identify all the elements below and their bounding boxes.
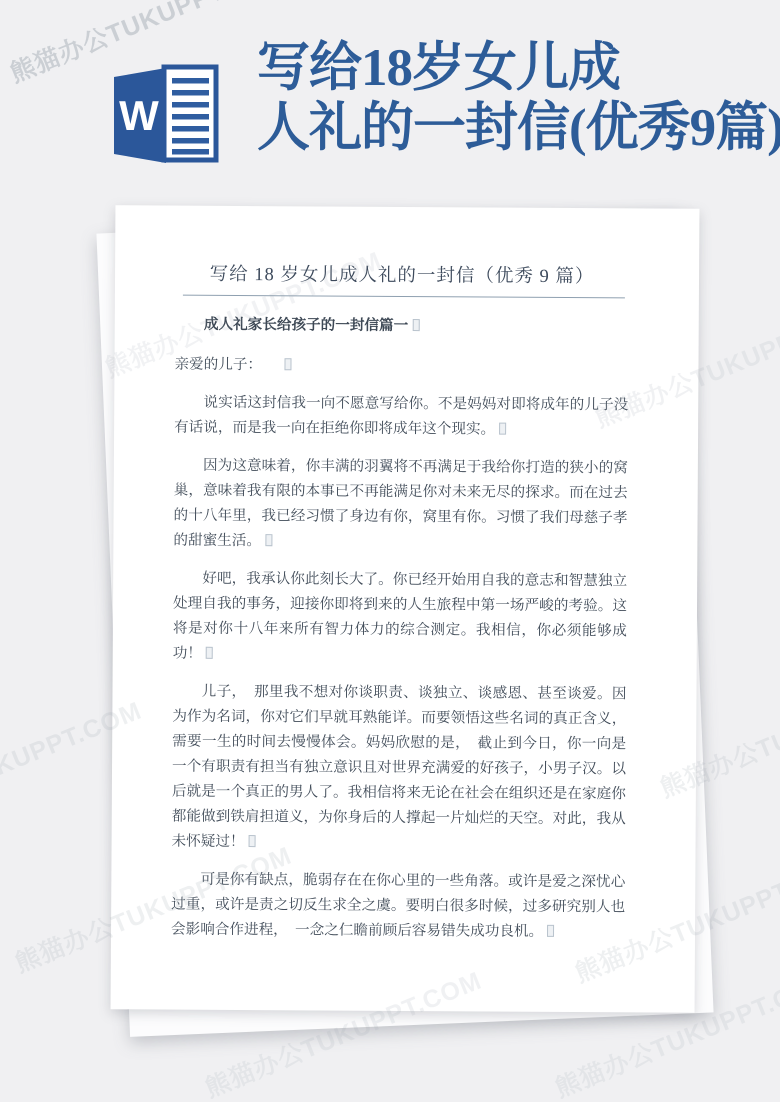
paragraph-body: 因为这意味着，你丰满的羽翼将不再满足于我给你打造的狭小的窝巢，意味着我有限的本事…: [173, 454, 628, 557]
paragraph-subheading: 成人礼家长给孩子的一封信篇一: [175, 313, 629, 341]
paragraph-salutation: 亲爱的儿子：: [174, 353, 628, 381]
paragraph-mark-icon: [499, 423, 506, 435]
word-icon-graphic: W: [104, 56, 226, 172]
document-title: 写给 18 岁女儿成人礼的一封信（优秀 9 篇）: [175, 260, 629, 289]
paragraph-text: 亲爱的儿子：: [174, 357, 262, 374]
paragraph-body: 说实话这封信我一向不愿意写给你。不是妈妈对即将成年的儿子没有话说，而是我一向在拒…: [174, 391, 628, 444]
page-title-line1: 写给18岁女儿成: [257, 38, 780, 98]
word-document-icon: W: [104, 56, 226, 172]
title-underline: [183, 295, 625, 299]
paragraph-body: 可是你有缺点，脆弱存在在你心里的一些角落。或许是爱之深忧心过重，或许是责之切反生…: [171, 868, 625, 946]
page-header: W 写给18岁女儿成 人礼的一封信(优秀9篇): [0, 0, 780, 200]
paragraph-text: 可是你有缺点，脆弱存在在你心里的一些角落。或许是爱之深忧心过重，或许是责之切反生…: [171, 872, 625, 940]
paragraph-text: 说实话这封信我一向不愿意写给你。不是妈妈对即将成年的儿子没有话说，而是我一向在拒…: [174, 395, 628, 438]
svg-text:W: W: [119, 92, 159, 139]
paragraph-text: 成人礼家长给孩子的一封信篇一: [204, 317, 408, 334]
paragraph-body: 儿子， 那里我不想对你谈职责、谈独立、谈感恩、甚至谈爱。因为作为名词，你对它们早…: [171, 680, 626, 858]
paragraph-mark-icon: [206, 647, 213, 659]
paragraph-mark-icon: [265, 534, 272, 546]
paragraph-mark-icon: [284, 358, 291, 370]
page-title-line2: 人礼的一封信(优秀9篇): [257, 98, 780, 158]
paragraph-mark-icon: [249, 835, 256, 847]
document-body: 成人礼家长给孩子的一封信篇一亲爱的儿子：说实话这封信我一向不愿意写给你。不是妈妈…: [171, 313, 629, 946]
page-title: 写给18岁女儿成 人礼的一封信(优秀9篇): [257, 38, 780, 158]
paragraph-mark-icon: [412, 319, 419, 331]
paragraph-body: 好吧，我承认你此刻长大了。你已经开始用自我的意志和智慧独立处理自我的事务，迎接你…: [173, 567, 628, 670]
paragraph-text: 因为这意味着，你丰满的羽翼将不再满足于我给你打造的狭小的窝巢，意味着我有限的本事…: [173, 458, 628, 549]
document-page-preview[interactable]: 写给 18 岁女儿成人礼的一封信（优秀 9 篇） 成人礼家长给孩子的一封信篇一亲…: [111, 205, 700, 1013]
paragraph-mark-icon: [547, 925, 554, 937]
paragraph-text: 好吧，我承认你此刻长大了。你已经开始用自我的意志和智慧独立处理自我的事务，迎接你…: [173, 571, 628, 662]
paragraph-text: 儿子， 那里我不想对你谈职责、谈独立、谈感恩、甚至谈爱。因为作为名词，你对它们早…: [172, 684, 627, 850]
